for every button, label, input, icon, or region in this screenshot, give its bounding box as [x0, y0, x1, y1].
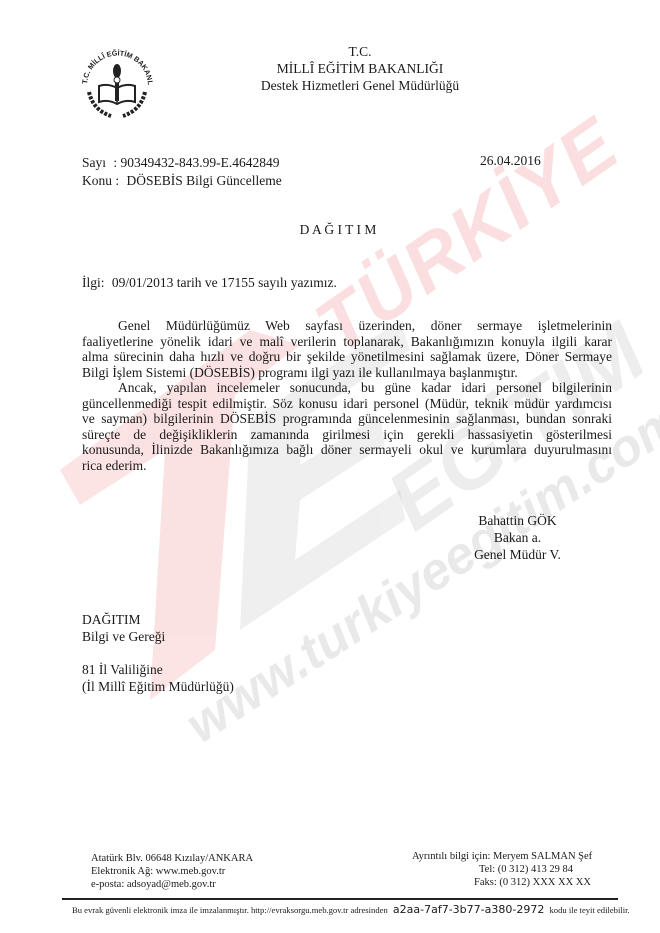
verification-code: a2aa-7af7-3b77-a380-2972	[393, 903, 544, 916]
distribution-block: DAĞITIM Bilgi ve Gereği 81 İl Valiliğine…	[82, 611, 234, 695]
body-line: rica ederim.	[82, 458, 612, 474]
body-line: Ancak, yapılan incelemeler sonucunda, bu…	[82, 380, 612, 396]
body-line: konusunda, İlinizde Bakanlığımıza bağlı …	[82, 442, 612, 458]
document-page: T.C. MİLLÎ EĞİTİM BAKANLIĞI T.C. MİLLÎ E…	[0, 0, 660, 933]
body-line: ve sayman) bilgilerinin DÖSEBİS programı…	[82, 411, 612, 427]
konu-label: Konu :	[82, 173, 119, 188]
footer-address-block: Atatürk Blv. 06648 Kızılay/ANKARA Elektr…	[91, 852, 253, 891]
body-paragraph-1: Genel Müdürlüğümüz Web sayfası üzerinden…	[82, 318, 612, 380]
footer-email: e-posta: adsoyad@meb.gov.tr	[91, 878, 253, 891]
signer-proxy: Bakan a.	[455, 529, 580, 546]
footer-address: Atatürk Blv. 06648 Kızılay/ANKARA	[91, 852, 253, 865]
verification-line: Bu evrak güvenli elektronik imza ile imz…	[72, 903, 630, 916]
konu-row: Konu : DÖSEBİS Bilgi Güncelleme	[82, 173, 282, 189]
ilgi-text: 09/01/2013 tarih ve 17155 sayılı yazımız…	[112, 275, 337, 290]
footer-contact-block: Ayrıntılı bilgi için: Meryem SALMAN Şef …	[412, 850, 612, 889]
header-tc: T.C.	[290, 43, 430, 60]
footer-tel: Tel: (0 312) 413 29 84	[412, 863, 612, 876]
signer-name: Bahattin GÖK	[455, 512, 580, 529]
body-paragraph-2: Ancak, yapılan incelemeler sonucunda, bu…	[82, 380, 612, 474]
sayi-value: : 90349432-843.99-E.4642849	[113, 155, 279, 170]
body-line: alma sürecinin daha hızlı ve doğru bir ş…	[82, 349, 612, 365]
body-line: Bilgi İşlem Sistemi (DÖSEBİS) programı i…	[82, 365, 612, 381]
body-line: Genel Müdürlüğümüz Web sayfası üzerinden…	[82, 318, 612, 334]
header-ministry: MİLLÎ EĞİTİM BAKANLIĞI	[230, 60, 490, 77]
ilgi-row: İlgi: 09/01/2013 tarih ve 17155 sayılı y…	[82, 275, 337, 291]
sayi-label: Sayı	[82, 155, 106, 170]
distribution-subtitle: Bilgi ve Gereği	[82, 628, 234, 645]
konu-value: DÖSEBİS Bilgi Güncelleme	[127, 173, 282, 188]
ilgi-label: İlgi:	[82, 275, 105, 290]
footer-fax: Faks: (0 312) XXX XX XX	[412, 876, 612, 889]
body-line: güncellenmediği tespit edilmiştir. Söz k…	[82, 396, 612, 412]
signature-block: Bahattin GÖK Bakan a. Genel Müdür V.	[455, 512, 580, 563]
footer-divider	[62, 898, 618, 900]
signer-title: Genel Müdür V.	[455, 546, 580, 563]
sayi-row: Sayı : 90349432-843.99-E.4642849	[82, 155, 280, 171]
verification-suffix: kodu ile teyit edilebilir.	[549, 905, 629, 915]
body-line: faaliyetlerine yönelik idari ve malî ver…	[82, 334, 612, 350]
distribution-title: DAĞITIM	[82, 611, 234, 628]
footer-contact: Ayrıntılı bilgi için: Meryem SALMAN Şef	[412, 850, 612, 863]
distribution-recipient-detail: (İl Millî Eğitim Müdürlüğü)	[82, 678, 234, 695]
ministry-logo: T.C. MİLLÎ EĞİTİM BAKANLIĞI	[75, 40, 160, 125]
distribution-recipient: 81 İl Valiliğine	[82, 661, 234, 678]
header-directorate: Destek Hizmetleri Genel Müdürlüğü	[220, 77, 500, 94]
document-date: 26.04.2016	[480, 153, 541, 169]
verification-prefix: Bu evrak güvenli elektronik imza ile imz…	[72, 905, 388, 915]
body-line: süreçte de değişikliklerin zamanında gir…	[82, 427, 612, 443]
distribution-heading: D A Ğ I T I M	[0, 222, 660, 238]
footer-web: Elektronik Ağ: www.meb.gov.tr	[91, 865, 253, 878]
ministry-emblem-icon: T.C. MİLLÎ EĞİTİM BAKANLIĞI	[75, 40, 160, 125]
